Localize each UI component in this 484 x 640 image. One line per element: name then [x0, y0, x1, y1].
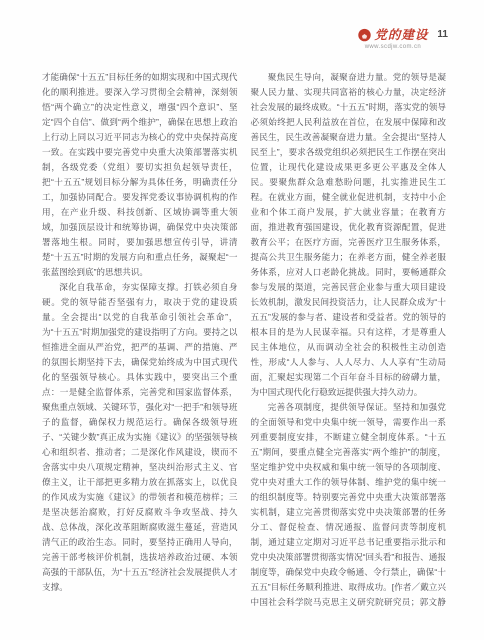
page-header: 党的建设 www.scdjw.com.cn 11 — [357, 25, 448, 50]
brand-row: 党的建设 — [357, 25, 428, 43]
magazine-website: www.scdjw.com.cn — [365, 44, 421, 50]
article-body: 才能确保“十五五”目标任务的如期实现和中国式现代化的顺利推进。要深入学习贯彻全会… — [42, 70, 446, 618]
magazine-page: 党的建设 www.scdjw.com.cn 11 才能确保“十五五”目标任务的如… — [0, 0, 484, 640]
paragraph-continuation: 才能确保“十五五”目标任务的如期实现和中国式现代化的顺利推进。要深入学习贯彻全会… — [42, 70, 238, 280]
paragraph-self-revolution: 深化自我革命，夯实保障支撑。打铁必须自身硬。党的领导能否坚强有力，取决于党的建设… — [42, 280, 238, 595]
brand-emblem-icon — [357, 27, 372, 42]
magazine-title: 党的建设 — [374, 25, 428, 43]
paragraph-livelihood: 聚焦民生导向，凝聚奋进力量。党的领导是凝聚人民力量、实现共同富裕的核心力量，决定… — [251, 70, 447, 400]
brand: 党的建设 www.scdjw.com.cn — [357, 25, 428, 50]
page-number: 11 — [437, 29, 448, 40]
